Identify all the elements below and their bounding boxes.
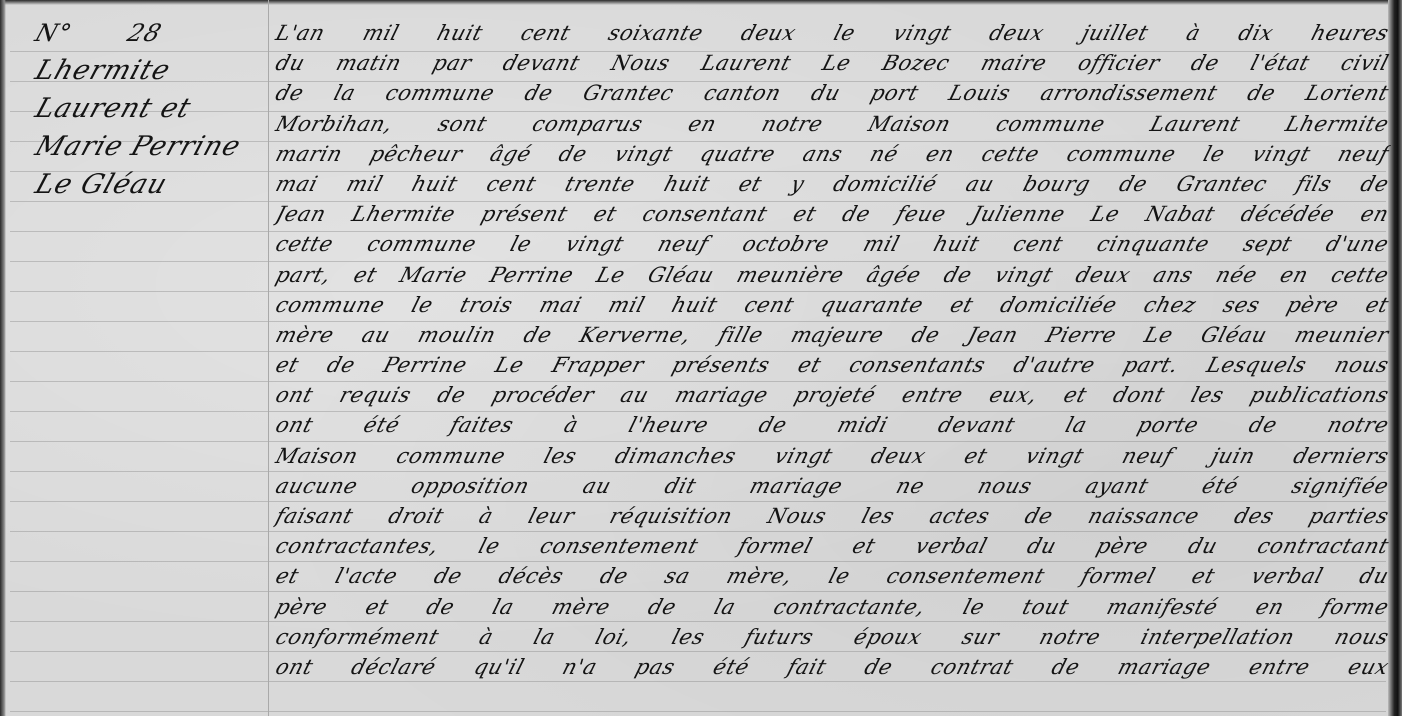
handwritten-line: part, et Marie Perrine Le Gléau meunière… (272, 260, 1393, 290)
handwritten-line: ont déclaré qu'il n'a pas été fait de co… (272, 652, 1393, 682)
handwritten-line: faisant droit à leur réquisition Nous le… (272, 501, 1393, 531)
handwritten-line: cette commune le vingt neuf octobre mil … (272, 229, 1393, 259)
handwritten-line: du matin par devant Nous Laurent Le Boze… (272, 48, 1393, 78)
handwritten-line: aucune opposition au dit mariage ne nous… (272, 471, 1393, 501)
scan-left-edge (0, 0, 6, 716)
handwritten-line: conformément à la loi, les futurs époux … (272, 622, 1393, 652)
record-number: 28 (124, 19, 166, 47)
handwritten-line: père et de la mère de la contractante, l… (272, 592, 1393, 622)
margin-column: N° 28 Lhermite Laurent et Marie Perrine … (30, 14, 266, 204)
handwritten-line: et l'acte de décès de sa mère, le consen… (272, 561, 1393, 591)
margin-name-line: Laurent et (30, 90, 278, 128)
handwritten-line: ont requis de procéder au mariage projet… (272, 380, 1393, 410)
handwritten-line: de la commune de Grantec canton du port … (272, 78, 1393, 108)
handwritten-line (272, 682, 1393, 712)
margin-name-line: Le Gléau (30, 166, 278, 204)
handwritten-line: ont été faites à l'heure de midi devant … (272, 410, 1393, 440)
handwritten-line: contractantes, le consentement formel et… (272, 531, 1393, 561)
handwritten-line: mère au moulin de Kerverne, fille majeur… (272, 320, 1393, 350)
handwritten-line: commune le trois mai mil huit cent quara… (272, 290, 1393, 320)
handwritten-line: et de Perrine Le Frapper présents et con… (272, 350, 1393, 380)
record-number-line: N° 28 (30, 14, 278, 52)
margin-name-line: Lhermite (30, 52, 278, 90)
handwritten-line: Maison commune les dimanches vingt deux … (272, 441, 1393, 471)
margin-name-line: Marie Perrine (30, 128, 278, 166)
handwritten-line: Jean Lhermite présent et consentant et d… (272, 199, 1393, 229)
handwritten-line: marin pêcheur âgé de vingt quatre ans né… (272, 139, 1393, 169)
handwritten-line: mai mil huit cent trente huit et y domic… (272, 169, 1393, 199)
record-label: N° (32, 19, 76, 47)
handwritten-line: Morbihan, sont comparus en notre Maison … (272, 109, 1393, 139)
handwritten-line: L'an mil huit cent soixante deux le ving… (272, 18, 1393, 48)
register-page-scan: N° 28 Lhermite Laurent et Marie Perrine … (0, 0, 1402, 716)
record-body: L'an mil huit cent soixante deux le ving… (272, 18, 1384, 712)
